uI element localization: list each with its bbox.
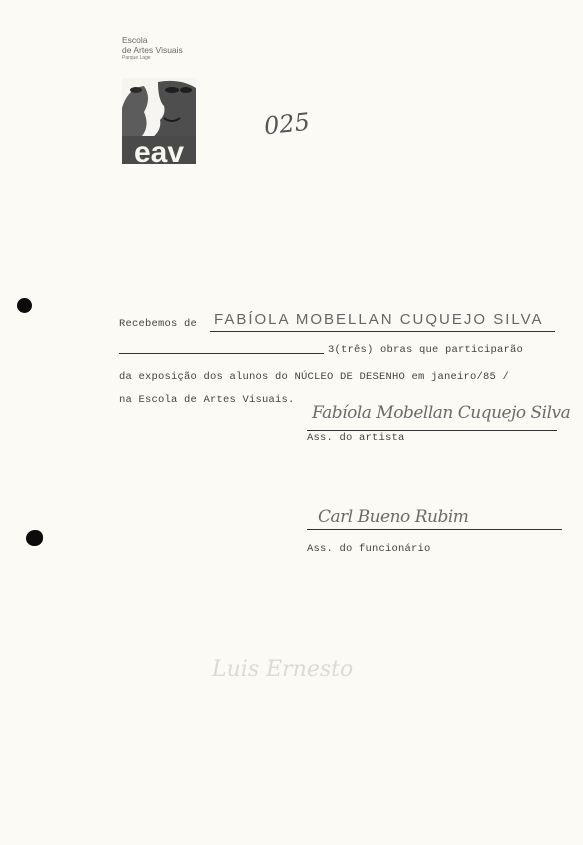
letterhead-school-name: de Artes Visuais (122, 46, 183, 55)
artist-name-handwritten: FABÍOLA MOBELLAN CUQUEJO SILVA (214, 311, 544, 328)
employee-signature: Carl Bueno Rubim (318, 507, 468, 527)
blank-line (119, 352, 324, 354)
document-number: 025 (263, 108, 311, 141)
received-from-label: Recebemos de (119, 318, 197, 330)
artist-signature-label: Ass. do artista (307, 432, 405, 444)
punch-hole (26, 530, 43, 546)
eav-logo: eav (122, 78, 196, 164)
artist-name-field: FABÍOLA MOBELLAN CUQUEJO SILVA (210, 313, 555, 332)
svg-text:eav: eav (134, 136, 184, 164)
employee-signature-line (307, 528, 562, 530)
receipt-line-3: da exposição dos alunos do NÚCLEO DE DES… (119, 371, 509, 383)
artist-signature: Fabíola Mobellan Cuquejo Silva (312, 403, 570, 423)
receipt-line-2: 3(três) obras que participarão (328, 344, 523, 356)
employee-signature-label: Ass. do funcionário (307, 543, 431, 555)
receipt-line-4: na Escola de Artes Visuais. (119, 394, 295, 406)
artist-signature-line (307, 429, 557, 431)
punch-hole (17, 298, 32, 313)
letterhead-location: Parque Lage (122, 56, 151, 61)
letterhead-school: Escola (122, 36, 148, 45)
faint-pencil-note: Luis Ernesto (212, 657, 353, 682)
